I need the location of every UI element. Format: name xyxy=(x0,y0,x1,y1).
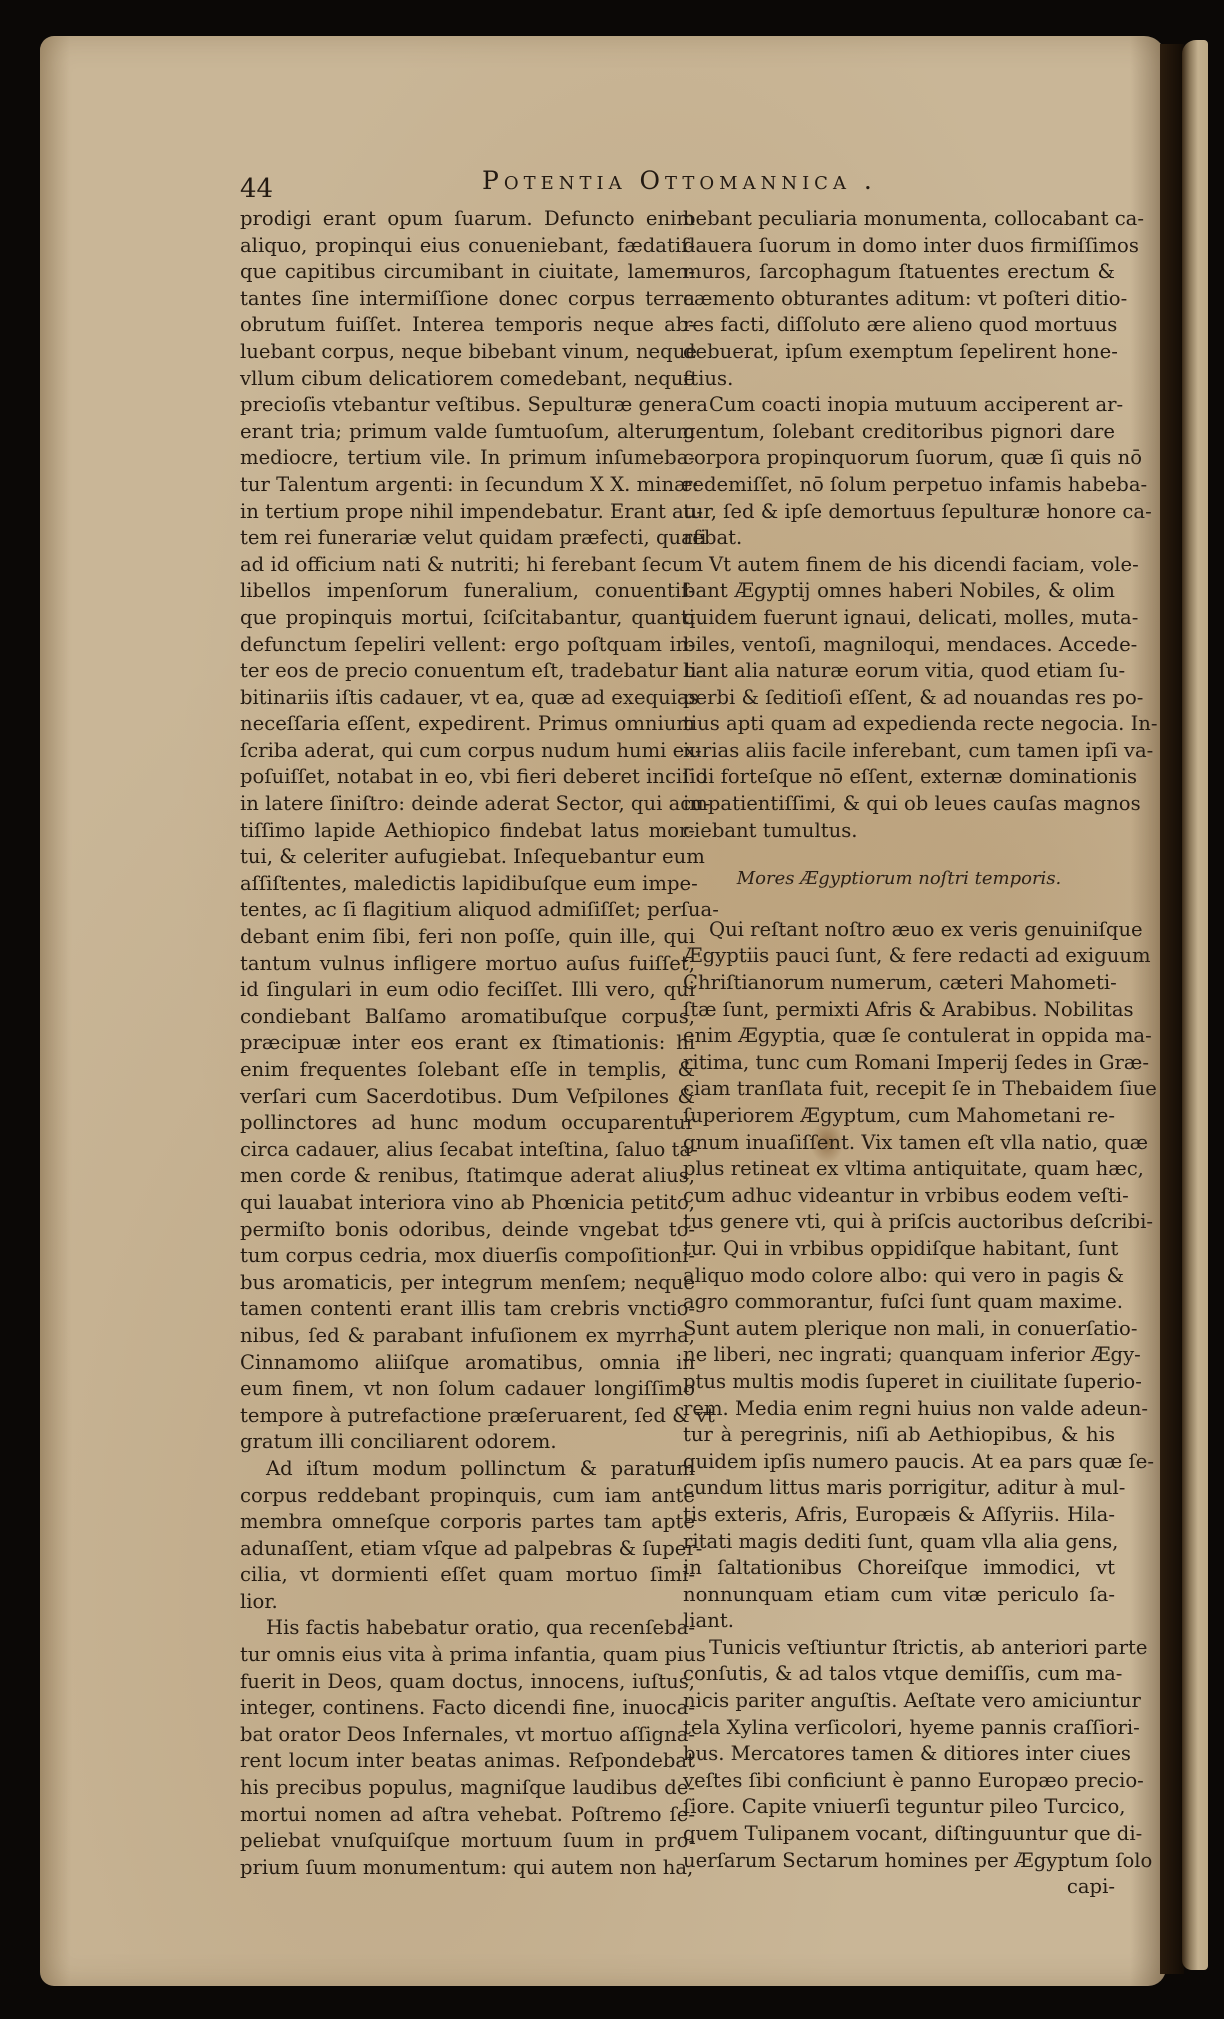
text-line: rent locum inter beatas animas. Reſponde… xyxy=(240,1748,695,1775)
text-line: tiſſimo lapide Aethiopico findebat latus… xyxy=(240,818,695,845)
text-line: dauera ſuorum in domo inter duos firmiſſ… xyxy=(683,233,1115,260)
text-line: adunaſſent, etiam vſque ad palpebras & ſ… xyxy=(240,1536,695,1563)
text-line: condiebant Balſamo aromatibuſque corpus, xyxy=(240,1004,695,1031)
text-line: ciebant tumultus. xyxy=(683,818,1115,845)
text-line: tamen contenti erant illis tam crebris v… xyxy=(240,1296,695,1323)
text-line: quidem fuerunt ignaui, delicati, molles,… xyxy=(683,605,1115,632)
text-line: Ægyptiis pauci ſunt, & fere redacti ad e… xyxy=(683,943,1115,970)
text-line: præcipuæ inter eos erant ex ſtimationis:… xyxy=(240,1030,695,1057)
text-line: que propinquis mortui, ſciſcitabantur, q… xyxy=(240,605,695,632)
text-line: luebant corpus, neque bibebant vinum, ne… xyxy=(240,339,695,366)
text-line: plus retineat ex vltima antiquitate, qua… xyxy=(683,1156,1115,1183)
text-line: tur, ſed & ipſe demortuus ſepulturæ hono… xyxy=(683,499,1115,526)
text-line: bus. Mercatores tamen & ditiores inter c… xyxy=(683,1741,1115,1768)
text-line: debant enim ſibi, feri non poſſe, quin i… xyxy=(240,924,695,951)
text-line: qui lauabat interiora vino ab Phœnicia p… xyxy=(240,1190,695,1217)
text-line: gratum illi conciliarent odorem. xyxy=(240,1429,695,1456)
text-line: mortui nomen ad aſtra vehebat. Poſtremo … xyxy=(240,1802,695,1829)
text-line: liant. xyxy=(683,1608,1115,1635)
text-line: verſari cum Sacerdotibus. Dum Veſpilones… xyxy=(240,1084,695,1111)
text-line: tis exteris, Afris, Europæis & Aſſyriis.… xyxy=(683,1502,1115,1529)
text-line: Cum coacti inopia mutuum acciperent ar- xyxy=(683,392,1115,419)
text-line: enim frequentes ſolebant eſſe in templis… xyxy=(240,1057,695,1084)
text-line: tempore à putrefactione præſeruarent, ſe… xyxy=(240,1403,695,1430)
text-line: poſuiſſet, notabat in eo, vbi fieri debe… xyxy=(240,764,695,791)
text-line: impatientiſſimi, & qui ob leues cauſas m… xyxy=(683,791,1115,818)
text-line: veſtes ſibi conficiunt è panno Europæo p… xyxy=(683,1768,1115,1795)
text-line: rem. Media enim regni huius non valde ad… xyxy=(683,1396,1115,1423)
paragraph: His factis habebatur oratio, qua recenſe… xyxy=(240,1615,695,1881)
text-line: conſutis, & ad talos vtque demiſſis, cum… xyxy=(683,1661,1115,1688)
text-line: permiſto bonis odoribus, deinde vngebat … xyxy=(240,1217,695,1244)
text-line: uerſarum Sectarum homines per Ægyptum ſo… xyxy=(683,1848,1115,1875)
text-line: gnum inuaſiſſent. Vix tamen eſt vlla nat… xyxy=(683,1130,1115,1157)
text-line: redemiſſet, nō ſolum perpetuo infamis ha… xyxy=(683,472,1115,499)
text-line: debuerat, ipſum exemptum ſepelirent hone… xyxy=(683,339,1115,366)
text-line: Vt autem finem de his dicendi faciam, vo… xyxy=(683,552,1115,579)
text-line: pollinctores ad hunc modum occuparentur xyxy=(240,1110,695,1137)
paragraph: prodigi erant opum ſuarum. Defuncto enim… xyxy=(240,206,695,1456)
paragraph: Qui reſtant noſtro æuo ex veris genuiniſ… xyxy=(683,917,1115,1635)
text-line: iurias aliis facile inferebant, cum tame… xyxy=(683,738,1115,765)
text-line: ſtæ ſunt, permixti Afris & Arabibus. Nob… xyxy=(683,997,1115,1024)
text-line: mediocre, tertium vile. In primum inſume… xyxy=(240,445,695,472)
text-line: tem rei funerariæ velut quidam præfecti,… xyxy=(240,525,695,552)
text-line: in latere ſiniſtro: deinde aderat Sector… xyxy=(240,791,695,818)
text-line: id ſingulari in eum odio feciſſet. Illi … xyxy=(240,977,695,1004)
text-line: circa cadauer, alius ſecabat inteſtina, … xyxy=(240,1137,695,1164)
paragraph: Ad iſtum modum pollinctum & paratumcorpu… xyxy=(240,1456,695,1616)
paragraph: Cum coacti inopia mutuum acciperent ar-g… xyxy=(683,392,1115,552)
text-line: aſſiſtentes, maledictis lapidibuſque eum… xyxy=(240,871,695,898)
text-line: enim Ægyptia, quæ ſe contulerat in oppid… xyxy=(683,1023,1115,1050)
text-line: bant Ægyptij omnes haberi Nobiles, & oli… xyxy=(683,578,1115,605)
text-line: corpus reddebant propinquis, cum iam ant… xyxy=(240,1483,695,1510)
text-line: vllum cibum delicatiorem comedebant, neq… xyxy=(240,366,695,393)
text-line: bitinariis iſtis cadauer, vt ea, quæ ad … xyxy=(240,685,695,712)
text-line: perbi & ſeditioſi eſſent, & ad nouandas … xyxy=(683,685,1115,712)
text-line: Chriſtianorum numerum, cæteri Mahometi- xyxy=(683,970,1115,997)
text-line: cæmento obturantes aditum: vt poſteri di… xyxy=(683,286,1115,313)
gutter-shadow xyxy=(1160,44,1184,1974)
text-line: ſuperiorem Ægyptum, cum Mahometani re- xyxy=(683,1103,1115,1130)
text-line: nonnunquam etiam cum vitæ periculo ſa- xyxy=(683,1582,1115,1609)
text-line: tus genere vti, qui à priſcis auctoribus… xyxy=(683,1209,1115,1236)
text-line: tius apti quam ad expedienda recte negoc… xyxy=(683,711,1115,738)
text-line: in tertium prope nihil impendebatur. Era… xyxy=(240,499,695,526)
text-line: bant alia naturæ eorum vitia, quod etiam… xyxy=(683,658,1115,685)
text-line: ciam tranſlata fuit, recepit ſe in Theba… xyxy=(683,1076,1115,1103)
text-line: agro commorantur, fuſci ſunt quam maxime… xyxy=(683,1289,1115,1316)
text-line: gentum, ſolebant creditoribus pignori da… xyxy=(683,419,1115,446)
text-line: in ſaltationibus Choreiſque immodici, vt xyxy=(683,1555,1115,1582)
text-line: libellos impenſorum funeralium, conuenti… xyxy=(240,578,695,605)
text-line: integer, continens. Facto dicendi fine, … xyxy=(240,1695,695,1722)
text-line: ad id officium nati & nutriti; hi fereba… xyxy=(240,552,695,579)
text-line: que capitibus circumibant in ciuitate, l… xyxy=(240,259,695,286)
text-line: fuerit in Deos, quam doctus, innocens, i… xyxy=(240,1669,695,1696)
text-line: tur omnis eius vita à prima infantia, qu… xyxy=(240,1642,695,1669)
text-line: corpora propinquorum ſuorum, quæ ſi quis… xyxy=(683,445,1115,472)
text-line: aliquo, propinqui eius conueniebant, fæd… xyxy=(240,233,695,260)
text-line: peliebat vnuſquiſque mortuum ſuum in pro… xyxy=(240,1828,695,1855)
running-title: Potentia Ottomannica . xyxy=(482,166,877,195)
text-line: membra omneſque corporis partes tam apte xyxy=(240,1509,695,1536)
text-line: muros, ſarcophagum ſtatuentes erectum & xyxy=(683,259,1115,286)
text-line: ſtius. xyxy=(683,366,1115,393)
text-line: lior. xyxy=(240,1589,695,1616)
text-line: ſiore. Capite vniuerſi teguntur pileo Tu… xyxy=(683,1794,1115,1821)
text-line: tela Xylina verſicolori, hyeme pannis cr… xyxy=(683,1715,1115,1742)
text-line: biles, ventoſi, magniloqui, mendaces. Ac… xyxy=(683,632,1115,659)
text-line: Sunt autem plerique non mali, in conuerſ… xyxy=(683,1316,1115,1343)
text-line: ne liberi, nec ingrati; quanquam inferio… xyxy=(683,1342,1115,1369)
text-line: ſcriba aderat, qui cum corpus nudum humi… xyxy=(240,738,695,765)
text-line: men corde & renibus, ſtatimque aderat al… xyxy=(240,1163,695,1190)
text-line: ptus multis modis ſuperet in ciuilitate … xyxy=(683,1369,1115,1396)
paragraph: Vt autem finem de his dicendi faciam, vo… xyxy=(683,552,1115,845)
text-line: quem Tulipanem vocant, diſtinguuntur que… xyxy=(683,1821,1115,1848)
text-line: Tunicis veſtiuntur ſtrictis, ab anterior… xyxy=(683,1635,1115,1662)
text-line: precioſis vtebantur veſtibus. Sepulturæ … xyxy=(240,392,695,419)
text-line: tur à peregrinis, niſi ab Aethiopibus, &… xyxy=(683,1422,1115,1449)
text-line: cundum littus maris porrigitur, aditur à… xyxy=(683,1475,1115,1502)
text-line: res facti, diſſoluto ære alieno quod mor… xyxy=(683,312,1115,339)
text-line: bat orator Deos Infernales, vt mortuo aſ… xyxy=(240,1722,695,1749)
text-line: aliquo modo colore albo: qui vero in pag… xyxy=(683,1263,1115,1290)
text-line: ritima, tunc cum Romani Imperij ſedes in… xyxy=(683,1050,1115,1077)
next-page-edge xyxy=(1182,40,1208,1970)
text-line: tantes ſine intermiſſione donec corpus t… xyxy=(240,286,695,313)
text-line: erant tria; primum valde ſumtuoſum, alte… xyxy=(240,419,695,446)
text-line: obrutum fuiſſet. Interea temporis neque … xyxy=(240,312,695,339)
text-line: bebant peculiaria monumenta, collocabant… xyxy=(683,206,1115,233)
text-line: tentes, ac ſi flagitium aliquod admiſiſſ… xyxy=(240,897,695,924)
text-line: Cinnamomo aliiſque aromatibus, omnia in xyxy=(240,1350,695,1377)
page-header: 44 Potentia Ottomannica . xyxy=(232,162,1112,202)
text-line: prodigi erant opum ſuarum. Defuncto enim xyxy=(240,206,695,233)
text-line: ter eos de precio conuentum eſt, tradeba… xyxy=(240,658,695,685)
text-line: cum adhuc videantur in vrbibus eodem veſ… xyxy=(683,1183,1115,1210)
right-column: bebant peculiaria monumenta, collocabant… xyxy=(683,206,1115,1901)
text-line: tantum vulnus infligere mortuo auſus fui… xyxy=(240,951,695,978)
text-line: quidem ipſis numero paucis. At ea pars q… xyxy=(683,1449,1115,1476)
text-line: bus aromaticis, per integrum menſem; neq… xyxy=(240,1270,695,1297)
text-line: prium ſuum monumentum: qui autem non ha, xyxy=(240,1855,695,1882)
text-line: rebat. xyxy=(683,525,1115,552)
text-line: Ad iſtum modum pollinctum & paratum xyxy=(240,1456,695,1483)
text-line: tum corpus cedria, mox diuerſis compoſit… xyxy=(240,1243,695,1270)
text-line: ritati magis dediti ſunt, quam vlla alia… xyxy=(683,1529,1115,1556)
text-line: neceſſaria eſſent, expedirent. Primus om… xyxy=(240,711,695,738)
paragraph: bebant peculiaria monumenta, collocabant… xyxy=(683,206,1115,392)
page-number: 44 xyxy=(240,174,273,204)
text-line: his precibus populus, magniſque laudibus… xyxy=(240,1775,695,1802)
section-heading: Mores Ægyptiorum noſtri temporis. xyxy=(683,866,1115,893)
text-line: lidi forteſque nō eſſent, externæ domina… xyxy=(683,764,1115,791)
text-line: tui, & celeriter aufugiebat. Inſequebant… xyxy=(240,844,695,871)
text-line: nicis pariter anguſtis. Aeſtate vero ami… xyxy=(683,1688,1115,1715)
text-line: tur. Qui in vrbibus oppidiſque habitant,… xyxy=(683,1236,1115,1263)
text-line: defunctum ſepeliri vellent: ergo poſtqua… xyxy=(240,632,695,659)
text-line: Qui reſtant noſtro æuo ex veris genuiniſ… xyxy=(683,917,1115,944)
text-line: tur Talentum argenti: in ſecundum X X. m… xyxy=(240,472,695,499)
left-column: prodigi erant opum ſuarum. Defuncto enim… xyxy=(240,206,695,1881)
text-line: cilia, vt dormienti eſſet quam mortuo ſi… xyxy=(240,1562,695,1589)
text-line: His factis habebatur oratio, qua recenſe… xyxy=(240,1615,695,1642)
paragraph: Tunicis veſtiuntur ſtrictis, ab anterior… xyxy=(683,1635,1115,1874)
text-line: nibus, ſed & parabant infuſionem ex myrr… xyxy=(240,1323,695,1350)
text-line: eum finem, vt non ſolum cadauer longiſſi… xyxy=(240,1376,695,1403)
catchword: capi- xyxy=(683,1874,1115,1901)
